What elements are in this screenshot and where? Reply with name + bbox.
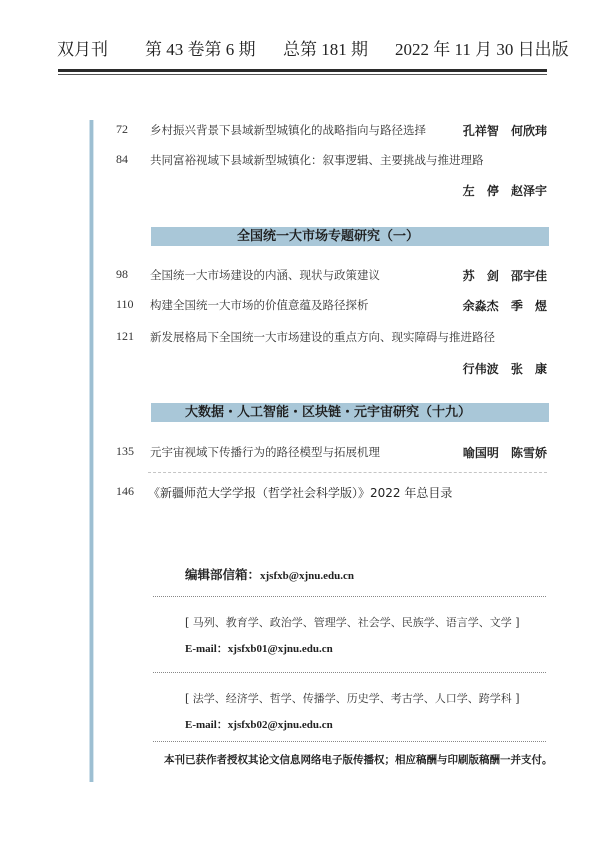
publish-date: 2022 年 11 月 30 日出版: [395, 37, 569, 63]
group2-email[interactable]: E-mail：xjsfxb02@xjnu.edu.cn: [185, 716, 333, 732]
editorial-email[interactable]: xjsfxb@xjnu.edu.cn: [260, 570, 354, 582]
volume-issue: 第 43 卷第 6 期: [145, 37, 256, 63]
page-number: 146: [116, 484, 134, 499]
header-rule-thick: [58, 69, 547, 72]
article-title: 《新疆师范大学学报（哲学社会科学版）》2022 年总目录: [148, 484, 452, 501]
page-number: 72: [116, 122, 128, 137]
page-number: 121: [116, 329, 134, 344]
article-title: 构建全国统一大市场的价值意蕴及路径探析: [150, 297, 369, 313]
article-authors: 左 停 赵泽宇: [463, 182, 547, 199]
group1-email[interactable]: E-mail：xjsfxb01@xjnu.edu.cn: [185, 640, 333, 656]
article-authors: 行伟波 张 康: [463, 360, 547, 377]
page-number: 135: [116, 444, 134, 459]
editorial-mailbox-label: 编辑部信箱：: [185, 567, 260, 582]
section-heading-band: 全国统一大市场专题研究（一）: [151, 227, 549, 246]
group1-subjects: [ 马列、教育学、政治学、管理学、社会学、民族学、语言学、文学 ]: [185, 614, 520, 630]
article-title: 元宇宙视域下传播行为的路径模型与拓展机理: [150, 444, 380, 460]
article-authors: 喻国明 陈雪娇: [463, 444, 547, 461]
total-issue: 总第 181 期: [283, 37, 368, 63]
article-authors: 苏 剑 邵宇佳: [463, 267, 547, 284]
dashed-divider: [148, 472, 547, 473]
article-authors: 余淼杰 季 煜: [463, 297, 547, 314]
article-authors: 孔祥智 何欣玮: [463, 122, 547, 139]
dotted-divider: [153, 741, 546, 742]
dotted-divider: [153, 596, 546, 597]
article-title: 乡村振兴背景下县域新型城镇化的战略指向与路径选择: [150, 122, 426, 138]
article-title: 全国统一大市场建设的内涵、现状与政策建议: [150, 267, 380, 283]
section-heading: 大数据・人工智能・区块链・元宇宙研究（十九）: [185, 403, 471, 422]
section-heading: 全国统一大市场专题研究（一）: [237, 227, 419, 246]
article-title: 新发展格局下全国统一大市场建设的重点方向、现实障碍与推进路径: [150, 329, 495, 345]
page-number: 98: [116, 267, 128, 282]
editorial-mailbox: 编辑部信箱：xjsfxb@xjnu.edu.cn: [185, 564, 354, 583]
section-heading-band: 大数据・人工智能・区块链・元宇宙研究（十九）: [151, 403, 549, 422]
article-title: 共同富裕视域下县域新型城镇化：叙事逻辑、主要挑战与推进理路: [150, 152, 484, 168]
journal-frequency: 双月刊: [57, 37, 108, 63]
group2-subjects: [ 法学、经济学、哲学、传播学、历史学、考古学、人口学、跨学科 ]: [185, 690, 520, 706]
dotted-divider: [153, 672, 546, 673]
left-accent-bar: [89, 120, 94, 782]
header-rule-thin: [58, 74, 547, 75]
page-number: 110: [116, 297, 134, 312]
copyright-notice: 本刊已获作者授权其论文信息网络电子版传播权；相应稿酬与印刷版稿酬一并支付。: [164, 752, 553, 767]
page-number: 84: [116, 152, 128, 167]
